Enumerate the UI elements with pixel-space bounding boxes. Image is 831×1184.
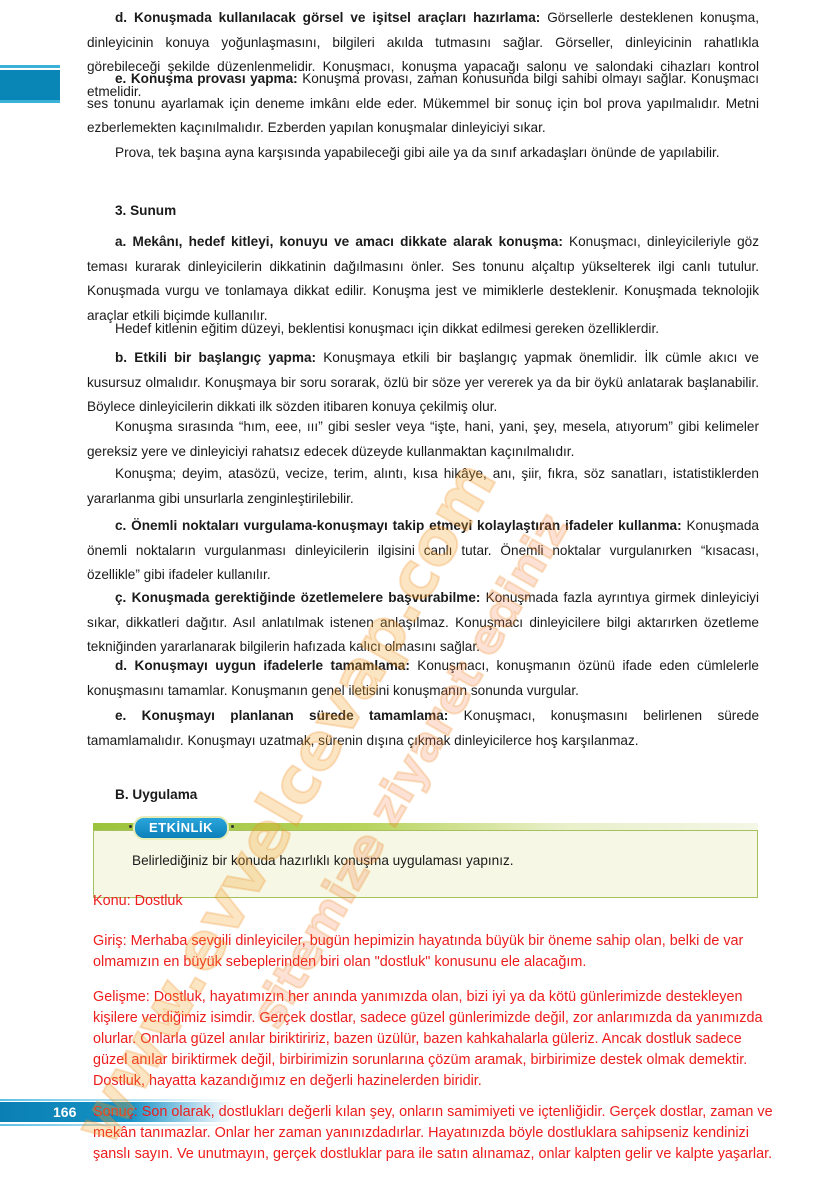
activity-badge: ETKİNLİK: [133, 816, 229, 840]
sunum-item-a-title: a. Mekânı, hedef kitleyi, konuyu ve amac…: [115, 234, 563, 249]
hedef-note-text: Hedef kitlenin eğitim düzeyi, beklentisi…: [87, 317, 759, 342]
sunum-item-c-cedilla-title: ç. Konuşmada gerektiğinde özetlemelere b…: [115, 590, 480, 605]
page-band-rule-top: [0, 1099, 235, 1101]
section-title-uygulama: B. Uygulama: [87, 783, 759, 807]
answer-intro: Giriş: Merhaba sevgili dinleyiciler, bug…: [93, 931, 773, 973]
answer-topic: Konu: Dostluk: [93, 891, 773, 912]
sunum-item-c-title: c. Önemli noktaları vurgulama-konuşmayı …: [115, 518, 682, 533]
answer-development: Gelişme: Dostluk, hayatımızın her anında…: [93, 987, 773, 1092]
hedef-note: Hedef kitlenin eğitim düzeyi, beklentisi…: [87, 317, 759, 342]
prep-item-e-title: e. Konuşma provası yapma:: [115, 71, 298, 86]
prep-item-d-title: d. Konuşmada kullanılacak görsel ve işit…: [115, 10, 540, 25]
sunum-heading: 3. Sunum: [87, 199, 759, 223]
sunum-item-c: c. Önemli noktaları vurgulama-konuşmayı …: [87, 514, 759, 588]
bullet-dot-icon: [129, 825, 132, 828]
sunum-item-d-title: d. Konuşmayı uygun ifadelerle tamamlama:: [115, 658, 410, 673]
enrich-note: Konuşma; deyim, atasözü, vecize, terim, …: [87, 462, 759, 511]
answer-development-text: Gelişme: Dostluk, hayatımızın her anında…: [93, 987, 773, 1092]
sunum-item-b-title: b. Etkili bir başlangıç yapma:: [115, 350, 316, 365]
activity-instruction: Belirlediğiniz bir konuda hazırlıklı kon…: [132, 853, 514, 868]
page-number: 166: [53, 1102, 76, 1122]
prova-note: Prova, tek başına ayna karşısında yapabi…: [87, 141, 759, 166]
answer-conclusion-text: Sonuç: Son olarak, dostlukları değerli k…: [93, 1102, 773, 1165]
sunum-item-a: a. Mekânı, hedef kitleyi, konuyu ve amac…: [87, 230, 759, 328]
prep-item-e: e. Konuşma provası yapma: Konuşma provas…: [87, 67, 759, 141]
filler-note-text: Konuşma sırasında “hım, eee, ııı” gibi s…: [87, 415, 759, 464]
answer-intro-text: Giriş: Merhaba sevgili dinleyiciler, bug…: [93, 931, 773, 973]
uygulama-heading: B. Uygulama: [87, 783, 759, 807]
textbook-page: d. Konuşmada kullanılacak görsel ve işit…: [0, 0, 831, 1184]
section-title-sunum: 3. Sunum: [87, 199, 759, 223]
bullet-dot-icon: [231, 825, 234, 828]
activity-box: ETKİNLİK Belirlediğiniz bir konuda hazır…: [93, 816, 758, 897]
sunum-item-d: d. Konuşmayı uygun ifadelerle tamamlama:…: [87, 654, 759, 703]
sunum-item-b: b. Etkili bir başlangıç yapma: Konuşmaya…: [87, 346, 759, 420]
answer-conclusion: Sonuç: Son olarak, dostlukları değerli k…: [93, 1102, 773, 1165]
enrich-note-text: Konuşma; deyim, atasözü, vecize, terim, …: [87, 462, 759, 511]
filler-note: Konuşma sırasında “hım, eee, ııı” gibi s…: [87, 415, 759, 464]
sunum-item-e: e. Konuşmayı planlanan sürede tamamlama:…: [87, 704, 759, 753]
side-tab-marker: [0, 68, 60, 100]
answer-topic-text: Konu: Dostluk: [93, 891, 773, 912]
sunum-item-c-cedilla: ç. Konuşmada gerektiğinde özetlemelere b…: [87, 586, 759, 660]
sunum-item-e-title: e. Konuşmayı planlanan sürede tamamlama:: [115, 708, 448, 723]
prova-note-text: Prova, tek başına ayna karşısında yapabi…: [87, 141, 759, 166]
